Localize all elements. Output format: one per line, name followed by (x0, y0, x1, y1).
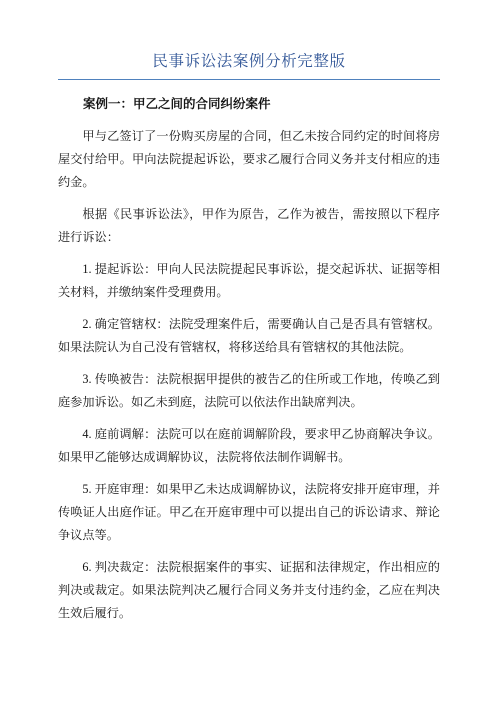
intro-paragraph-1: 甲与乙签订了一份购买房屋的合同，但乙未按合同约定的时间将房屋交付给甲。甲向法院提… (58, 125, 440, 194)
step-paragraph-1: 1. 提起诉讼：甲向人民法院提起民事诉讼，提交起诉状、证据等相关材料，并缴纳案件… (58, 258, 440, 304)
step-paragraph-5: 5. 开庭审理：如果甲乙未达成调解协议，法院将安排开庭审理，并传唤证人出庭作证。… (58, 478, 440, 547)
step-paragraph-6: 6. 判决裁定：法院根据案件的事实、证据和法律规定，作出相应的判决或裁定。如果法… (58, 556, 440, 625)
step-paragraph-4: 4. 庭前调解：法院可以在庭前调解阶段，要求甲乙协商解决争议。如果甲乙能够达成调… (58, 423, 440, 469)
document-title: 民事诉讼法案例分析完整版 (58, 50, 440, 74)
step-paragraph-2: 2. 确定管辖权：法院受理案件后，需要确认自己是否具有管辖权。如果法院认为自己没… (58, 313, 440, 359)
document-page: 民事诉讼法案例分析完整版 案例一：甲乙之间的合同纠纷案件 甲与乙签订了一份购买房… (0, 0, 496, 702)
title-block: 民事诉讼法案例分析完整版 (58, 50, 440, 80)
intro-paragraph-2: 根据《民事诉讼法》，甲作为原告，乙作为被告，需按照以下程序进行诉讼： (58, 203, 440, 249)
case-heading: 案例一：甲乙之间的合同纠纷案件 (58, 93, 440, 116)
step-paragraph-3: 3. 传唤被告：法院根据甲提供的被告乙的住所或工作地，传唤乙到庭参加诉讼。如乙未… (58, 368, 440, 414)
